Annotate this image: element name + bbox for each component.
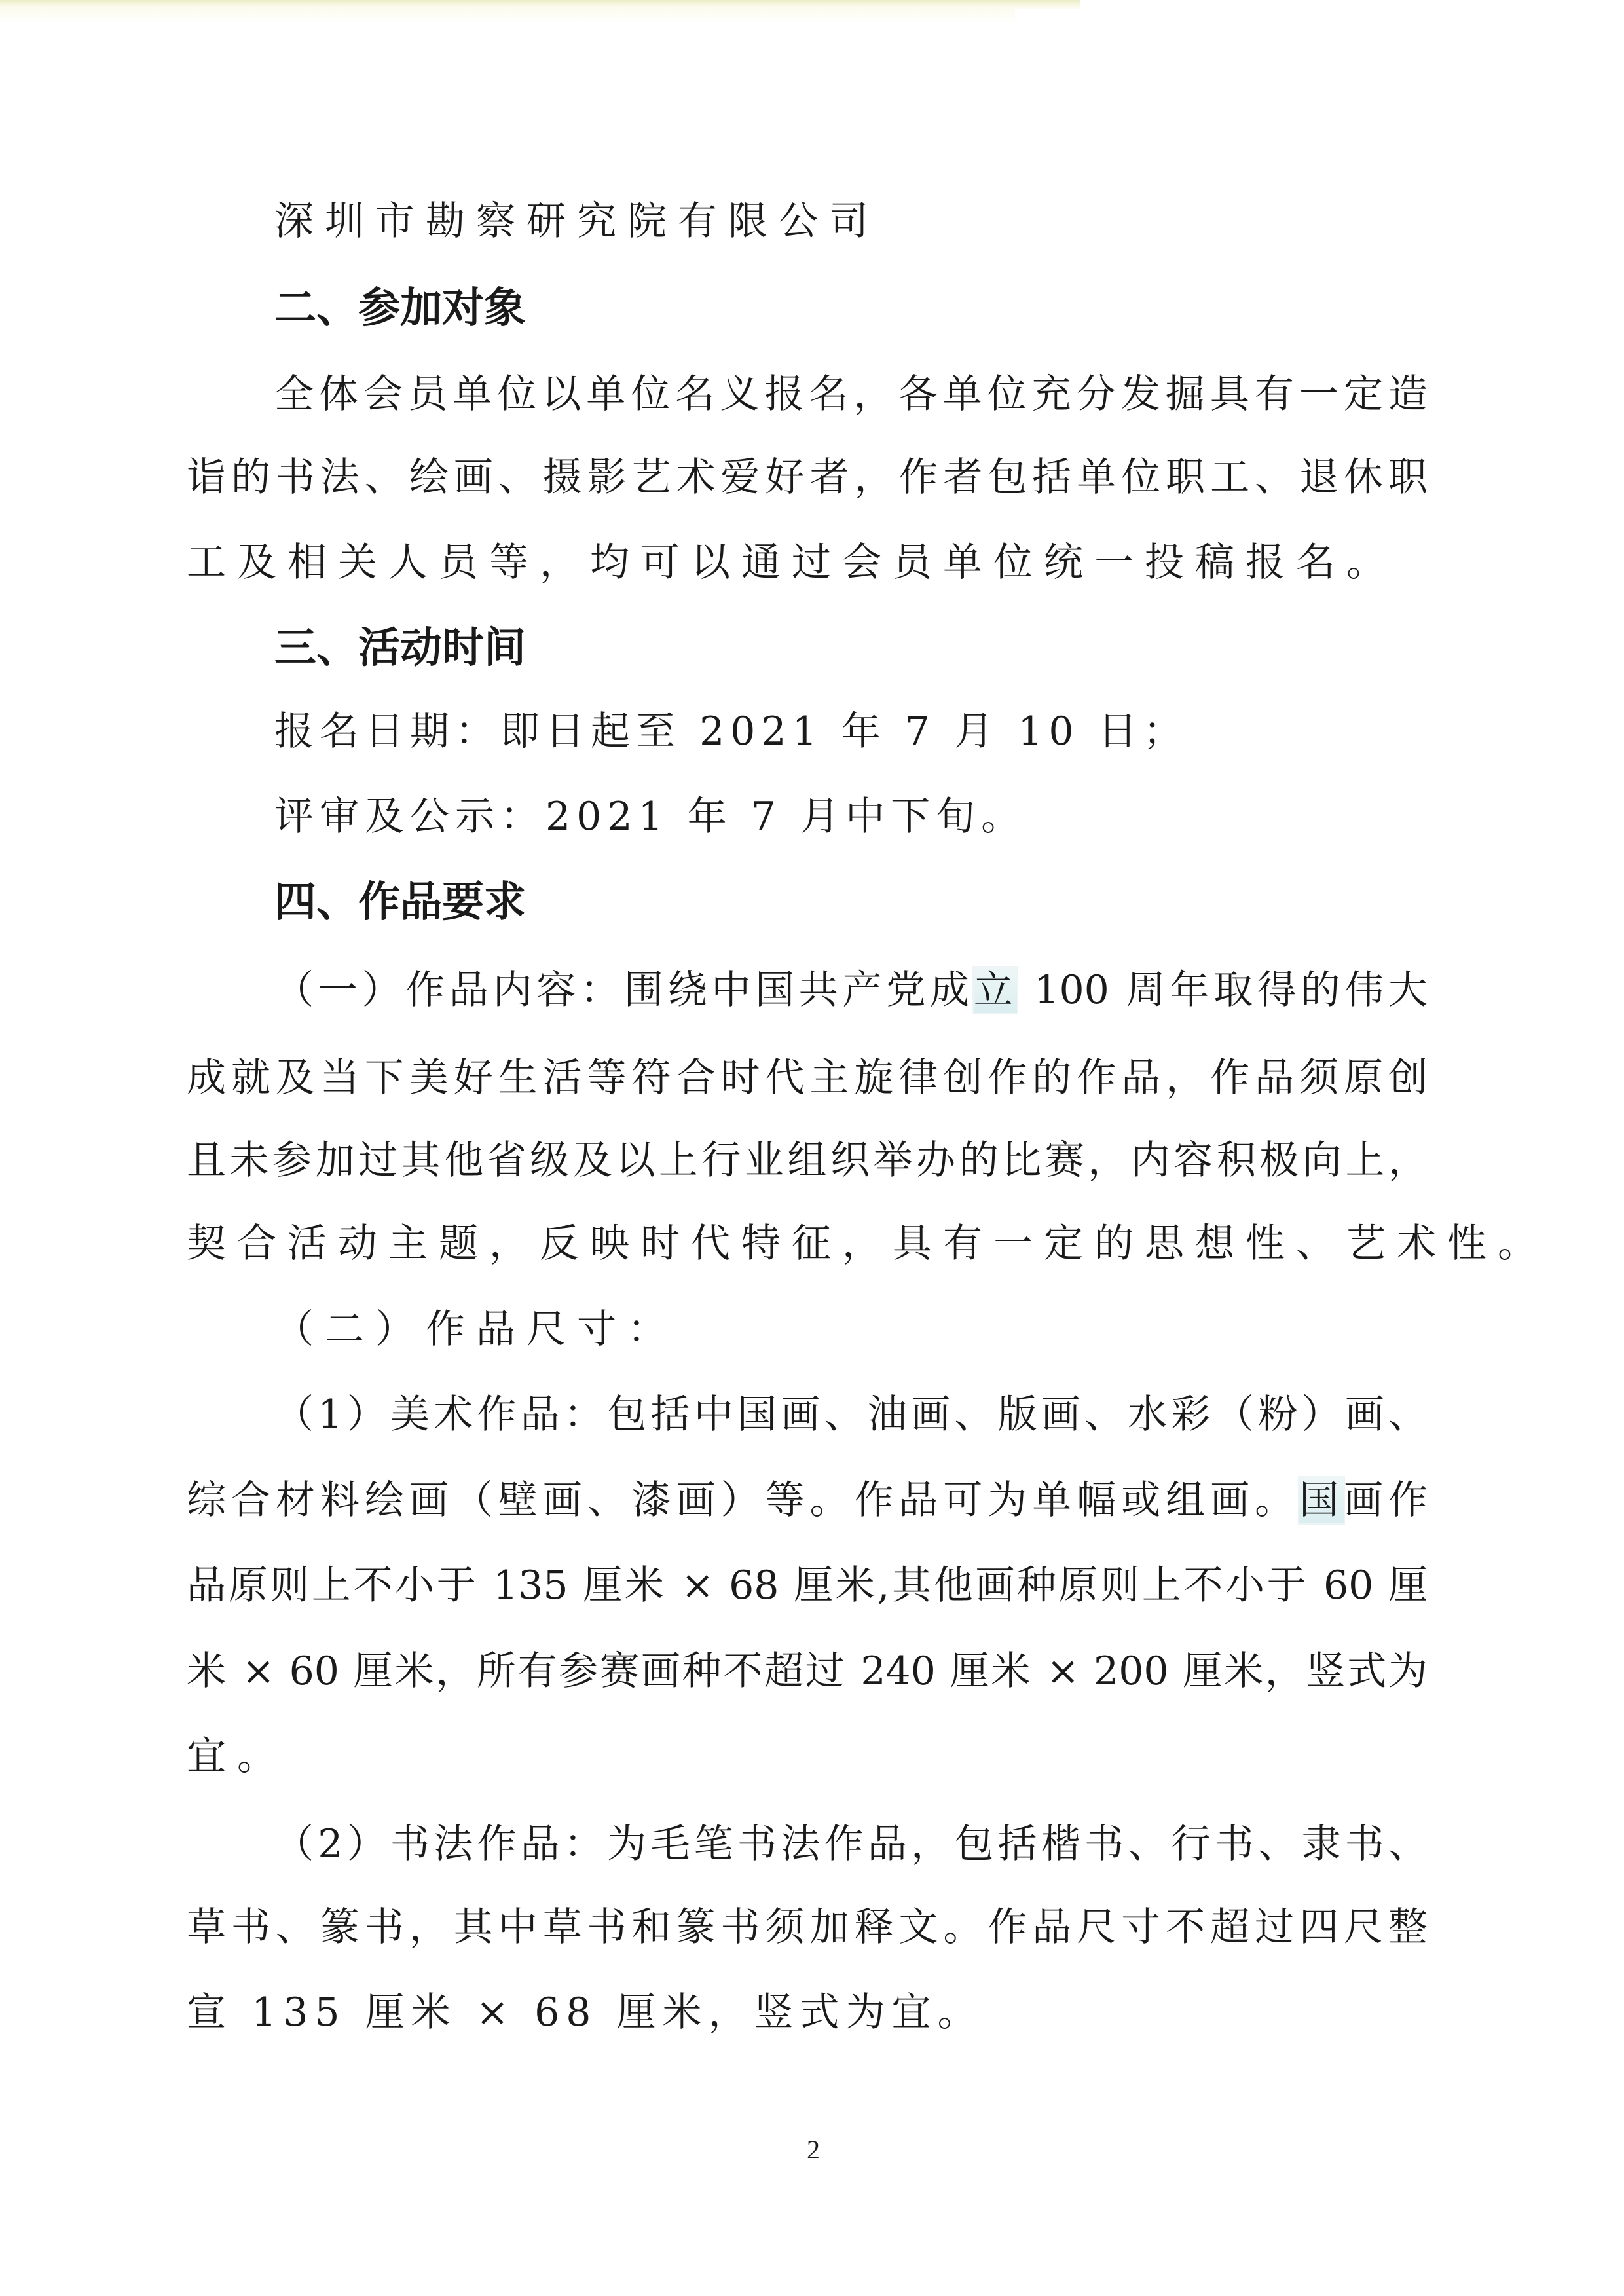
organization-name: 深圳市勘察研究院有限公司 [274, 195, 1428, 248]
registration-date: 报名日期：即日起至 2021 年 7 月 10 日； [274, 705, 1428, 758]
paragraph-line: 诣的书法、绘画、摄影艺术爱好者，作者包括单位职工、退休职 [187, 451, 1428, 504]
section-heading-requirements: 四、作品要求 [274, 876, 1428, 929]
subsection-heading-size: （二）作品尺寸： [274, 1303, 1428, 1356]
paragraph-line: 综合材料绘画（壁画、漆画）等。作品可为单幅或组画。国画作 [187, 1474, 1428, 1527]
review-date: 评审及公示：2021 年 7 月中下旬。 [274, 790, 1428, 843]
text-run: 100 周年取得的伟大 [1017, 967, 1428, 1013]
paragraph-line: 全体会员单位以单位名义报名，各单位充分发掘具有一定造 [274, 368, 1428, 420]
section-heading-participants: 二、参加对象 [274, 282, 1428, 335]
paragraph-line: 成就及当下美好生活等符合时代主旋律创作的作品，作品须原创 [187, 1052, 1428, 1104]
scan-artifact-char: 国 [1299, 1477, 1344, 1523]
paragraph-line: 工及相关人员等，均可以通过会员单位统一投稿报名。 [187, 536, 1428, 589]
paragraph-line: （一）作品内容：围绕中国共产党成立 100 周年取得的伟大 [274, 964, 1428, 1016]
scan-edge-band [0, 0, 1080, 9]
text-run: 综合材料绘画（壁画、漆画）等。作品可为单幅或组画。 [187, 1477, 1299, 1523]
paragraph-line: 契合活动主题，反映时代特征，具有一定的思想性、艺术性。 [187, 1217, 1428, 1270]
paragraph-line: 宜。 [187, 1730, 1428, 1783]
paragraph-line: 宣 135 厘米 × 68 厘米，竖式为宜。 [187, 1986, 1428, 2039]
section-heading-schedule: 三、活动时间 [274, 622, 1428, 675]
text-run: 画作 [1344, 1477, 1428, 1523]
page-number: 2 [800, 2134, 826, 2166]
paragraph-line: 品原则上不小于 135 厘米 × 68 厘米,其他画种原则上不小于 60 厘 [187, 1559, 1428, 1612]
text-run: （一）作品内容：围绕中国共产党成 [274, 967, 974, 1013]
paragraph-line: 且未参加过其他省级及以上行业组织举办的比赛，内容积极向上， [187, 1134, 1428, 1187]
scan-artifact-char: 立 [974, 967, 1018, 1013]
paragraph-line: （2）书法作品：为毛笔书法作品，包括楷书、行书、隶书、 [274, 1818, 1428, 1870]
paragraph-line: 草书、篆书，其中草书和篆书须加释文。作品尺寸不超过四尺整 [187, 1901, 1428, 1953]
paragraph-line: （1）美术作品：包括中国画、油画、版画、水彩（粉）画、 [274, 1388, 1428, 1441]
paragraph-line: 米 × 60 厘米，所有参赛画种不超过 240 厘米 × 200 厘米，竖式为 [187, 1645, 1428, 1697]
